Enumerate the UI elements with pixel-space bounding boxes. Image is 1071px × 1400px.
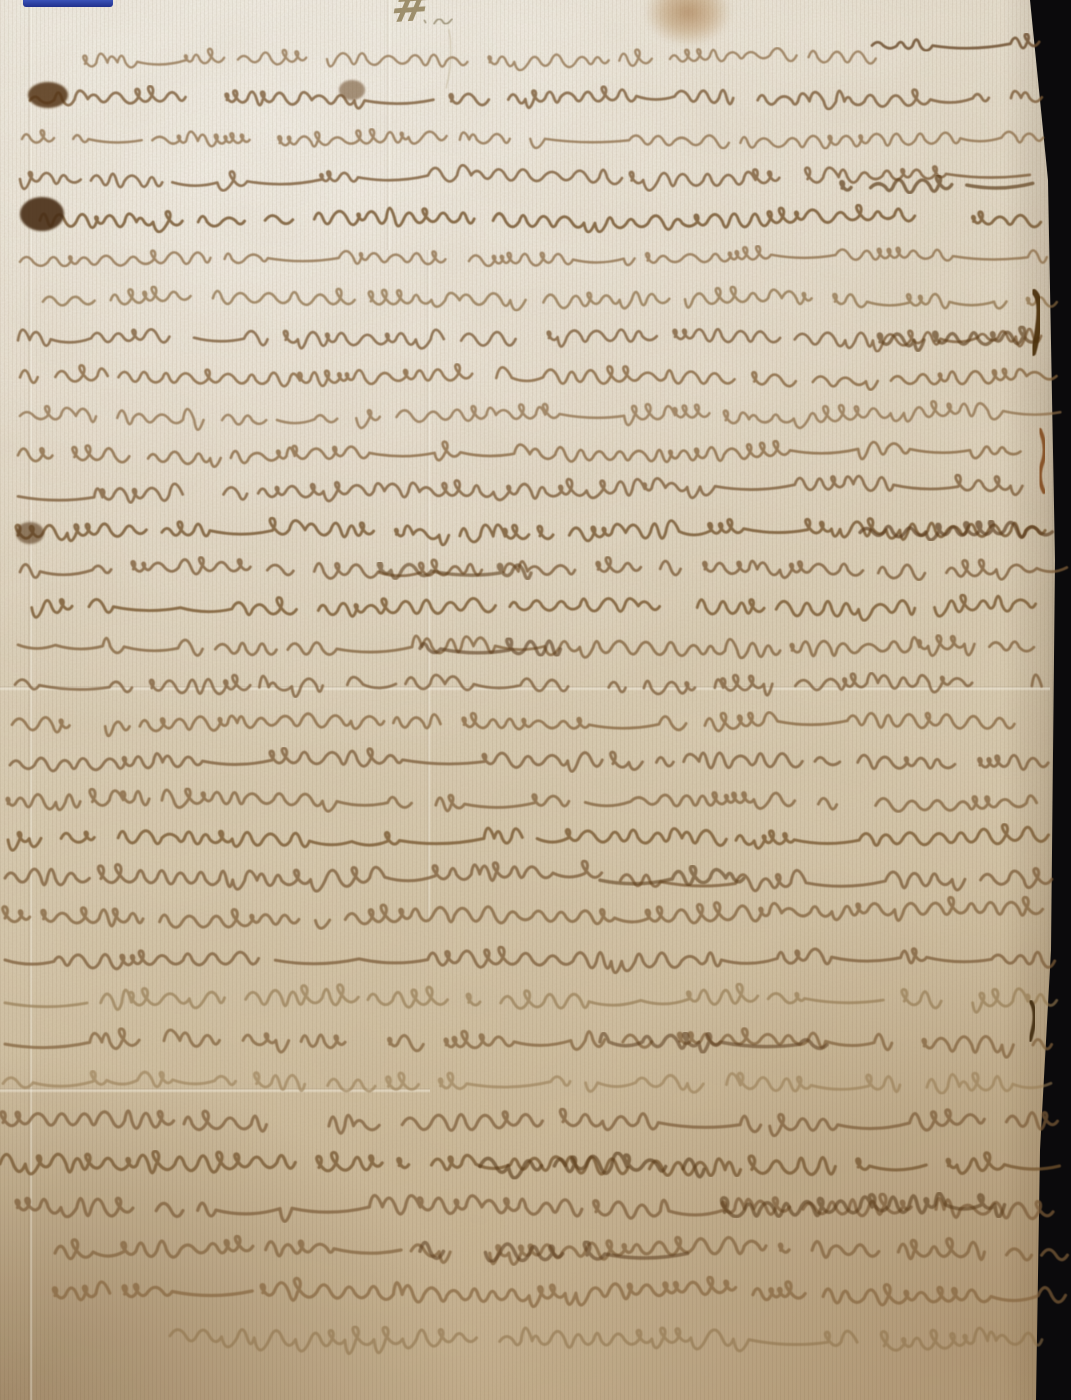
handwriting-line [20, 557, 1067, 579]
handwriting-line [15, 673, 1042, 697]
emphasis-stroke [420, 1242, 688, 1262]
handwriting-line [12, 712, 1014, 735]
handwriting-line [5, 861, 1052, 891]
handwriting-line [5, 1029, 1052, 1058]
handwriting-line [7, 789, 1037, 812]
ink-blot [28, 82, 68, 108]
margin-ink-stroke [1040, 430, 1045, 492]
handwriting-line [20, 246, 1047, 266]
handwriting-line [43, 287, 1057, 311]
handwriting-line [32, 595, 1036, 620]
handwriting-line [8, 825, 1049, 851]
ink-blot [339, 80, 365, 100]
handwriting-line [22, 129, 1043, 148]
handwriting-line [18, 441, 1020, 467]
handwriting-line [3, 897, 1043, 928]
handwriting-line [20, 401, 1060, 430]
emphasis-stroke [878, 327, 1038, 350]
handwriting-line [55, 1236, 1067, 1264]
margin-ink-stroke [1030, 1002, 1035, 1040]
handwriting-line [20, 165, 1030, 190]
emphasis-stroke [600, 1033, 839, 1052]
emphasis-stroke [722, 1193, 1005, 1216]
handwriting-line [40, 205, 1041, 232]
ink-blot [16, 522, 44, 544]
handwriting-line [20, 364, 1057, 389]
handwriting-line [5, 984, 1057, 1012]
ink-blot [20, 197, 64, 231]
handwriting-line [18, 475, 1022, 502]
photograph-frame: # [0, 0, 1071, 1400]
handwriting-line [872, 34, 1039, 51]
handwriting-line [16, 518, 1045, 545]
handwriting-line [170, 1327, 1042, 1354]
pen-squiggle [424, 20, 426, 23]
handwriting-ink-layer [0, 0, 1071, 1400]
handwriting-line [1, 1109, 1058, 1136]
handwriting-line [53, 1277, 1065, 1306]
emphasis-stroke [600, 866, 744, 884]
handwriting-line [30, 86, 1042, 109]
handwriting-line [10, 748, 1048, 771]
handwriting-line [5, 947, 1055, 973]
handwriting-line [83, 48, 876, 70]
handwriting-line [3, 1071, 1051, 1093]
pen-squiggle [434, 19, 452, 24]
handwriting-line [18, 329, 1041, 351]
margin-ink-stroke [1033, 292, 1039, 353]
